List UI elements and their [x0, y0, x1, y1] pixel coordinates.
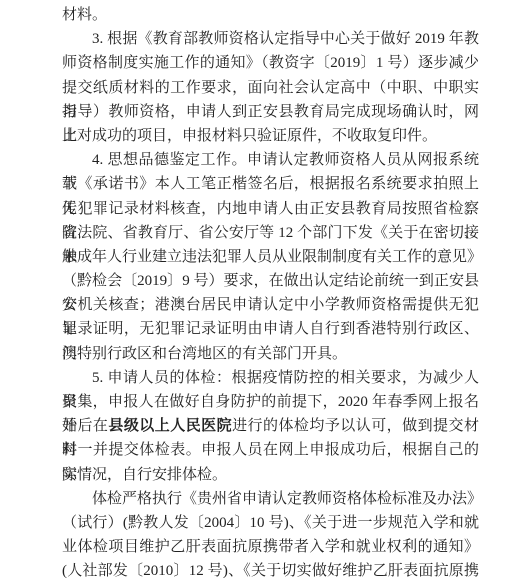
document-line: 指导）教师资格，申请人到正安县教育局完成现场确认时，网上	[62, 100, 479, 124]
document-line: 业体检项目维护乙肝表面抗原携带者入学和就业权利的通知》	[62, 535, 479, 559]
document-line: 4. 思想品德鉴定工作。申请认定教师资格人员从网报系统下	[62, 148, 479, 172]
document-line: 安机关核查；港澳台居民申请认定中小学教师资格需提供无犯罪	[62, 293, 479, 317]
bold-text-segment: 县级以上人民医院	[108, 418, 232, 434]
document-line: 记录证明，无犯罪记录证明由申请人自行到香港特别行政区、澳	[62, 317, 479, 341]
document-line: 聚集，申报人在做好自身防护的前提下，2020 年春季网上报名开	[62, 390, 479, 414]
document-line: 师资格制度实施工作的通知》（教资字〔2019〕1 号）逐步减少	[62, 51, 479, 75]
document-line: （试行）(黔教人发〔2004〕10 号)、《关于进一步规范入学和就	[62, 511, 479, 535]
document-line: 未成年人行业建立违法犯罪人员从业限制制度有关工作的意见》	[62, 245, 479, 269]
document-line-with-bold: 始后在县级以上人民医院进行的体检均予以认可，做到提交材料	[62, 414, 479, 438]
document-line: 比对成功的项目，申报材料只验证原件，不收取复印件。	[62, 124, 479, 148]
document-line: 3. 根据《教育部教师资格认定指导中心关于做好 2019 年教	[62, 27, 479, 51]
document-line: 材料。	[62, 3, 479, 27]
document-line: 门特别行政区和台湾地区的有关部门开具。	[62, 342, 479, 366]
document-line: 提交纸质材料的工作要求，面向社会认定高中（中职、中职实习	[62, 76, 479, 100]
document-page: 材料。 3. 根据《教育部教师资格认定指导中心关于做好 2019 年教 师资格制…	[0, 0, 529, 585]
document-line: 无犯罪记录材料核查，内地申请人由正安县教育局按照省检察院、	[62, 197, 479, 221]
document-line: (人社部发〔2010〕12 号)、《关于切实做好维护乙肝表面抗原携	[62, 559, 479, 583]
document-line: 省法院、省教育厅、省公安厅等 12 个部门下发《关于在密切接触	[62, 221, 479, 245]
document-line: 时一并提交体检表。申报人员在网上申报成功后，根据自己的实	[62, 438, 479, 462]
document-line: 5. 申请人员的体检：根据疫情防控的相关要求，为减少人员	[62, 366, 479, 390]
text-segment: 始后在	[62, 418, 108, 434]
document-line: （黔检会〔2019〕9 号）要求，在做出认定结论前统一到正安县公	[62, 269, 479, 293]
document-line: 际情况，自行安排体检。	[62, 463, 479, 487]
document-line: 体检严格执行《贵州省申请认定教师资格体检标准及办法》	[62, 487, 479, 511]
document-line: 载《承诺书》本人工笔正楷签名后，根据报名系统要求拍照上传。	[62, 172, 479, 196]
